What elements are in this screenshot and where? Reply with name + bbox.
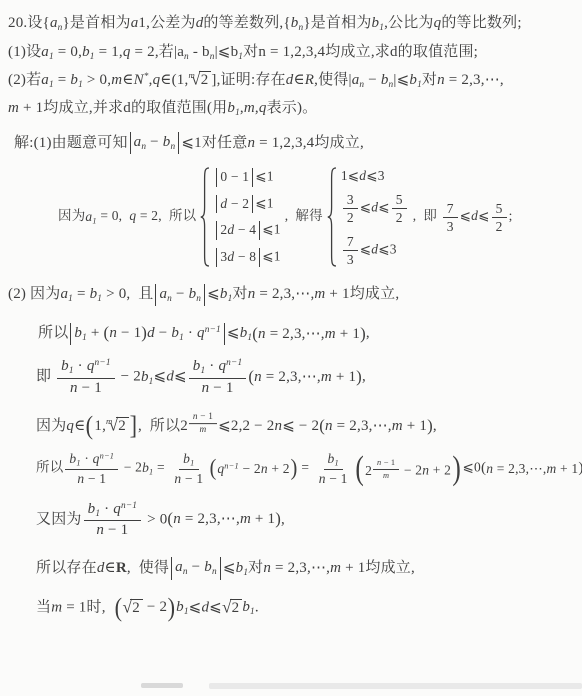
math-text: = 2,3,⋯,: [445, 72, 504, 88]
close-paren: ): [453, 452, 462, 486]
math-text: 2: [118, 418, 126, 434]
math-text: ⩽: [360, 200, 372, 215]
math-text: , 使得: [127, 560, 169, 576]
math-term: an: [134, 134, 147, 150]
cases-row: 32⩽d⩽52: [341, 192, 409, 225]
math-fraction: b1n − 1: [315, 451, 352, 486]
math-text: ⩽1: [262, 249, 280, 264]
math-text: m: [392, 418, 403, 434]
math-text: |⩽: [393, 72, 409, 88]
math-text: 3: [447, 219, 454, 234]
math-text: + 1: [403, 418, 427, 434]
math-text: + 1: [556, 461, 578, 476]
math-text: a: [41, 72, 49, 88]
paren-body: 2n − 1m − 2n + 2: [365, 457, 451, 481]
math-text: 0 − 1: [220, 169, 249, 184]
fraction-denominator: 2: [392, 209, 407, 225]
math-text: b: [409, 72, 417, 88]
math-text: (2) 因为: [8, 286, 60, 302]
math-text: − 1: [198, 412, 213, 422]
math-text: =: [298, 460, 313, 475]
math-text: m: [244, 100, 255, 116]
math-text: m: [330, 560, 341, 576]
math-text: ,使得|: [314, 72, 352, 88]
math-term: bn: [381, 72, 394, 88]
math-text: b: [381, 72, 389, 88]
fraction-numerator: b1 · qn−1: [84, 501, 142, 521]
math-fraction: 73: [343, 234, 358, 267]
math-term: bn: [189, 286, 202, 302]
solution-part-2-premise: (2) 因为a1 = b1 > 0, 且an − bn⩽b1对n = 2,3,⋯…: [8, 283, 574, 307]
math-text: m: [314, 286, 325, 302]
math-text: q: [66, 418, 74, 434]
math-text: 5: [396, 192, 403, 207]
math-text: =: [153, 460, 168, 475]
cases-system: 0 − 1⩽1d − 2⩽12d − 4⩽13d − 8⩽1: [200, 167, 280, 267]
math-text: m: [51, 599, 62, 615]
math-text: − 2: [239, 461, 261, 476]
math-text: n: [109, 325, 117, 341]
math-solution-document: 20.设{an}是首相为a1,公差为d的等差数列,{bn}是首相为b1,公比为q…: [0, 0, 582, 621]
close-paren: ): [168, 595, 176, 621]
parenthesized-group: (qn−1 − 2n + 2): [209, 457, 297, 481]
math-term: b1: [372, 15, 385, 31]
subscript: n: [212, 567, 217, 577]
math-text: 对n = 1,2,3,4均成立,求d的取值范围;: [243, 44, 478, 60]
math-text: b: [176, 599, 184, 615]
fraction-denominator: n − 1: [92, 521, 132, 539]
math-text: ⩽0: [463, 460, 481, 475]
fraction-denominator: 3: [343, 251, 358, 267]
math-term: b1: [171, 325, 184, 341]
math-text: 解:(1)由题意可知: [14, 135, 128, 151]
math-text: a: [159, 286, 167, 302]
math-term: b1: [74, 325, 87, 341]
math-text: = 2,3,⋯,: [493, 461, 546, 476]
math-text: > 0,: [83, 72, 111, 88]
fraction-numerator: b1: [324, 451, 343, 470]
math-text: −: [172, 286, 189, 302]
radical-degree: m: [106, 415, 112, 428]
math-text: 2: [496, 219, 503, 234]
solution-part-2-step-1: 所以b1 + (n − 1)d − b1 · qn−1⩽b1(n = 2,3,⋯…: [8, 322, 574, 346]
math-text: − 2: [117, 369, 141, 385]
math-text: b: [141, 369, 149, 385]
absolute-value-group: b1 + (n − 1)d − b1 · qn−1: [70, 323, 225, 346]
math-text: = 1,2,3,4均成立,: [255, 135, 364, 151]
subscript: 1: [334, 459, 338, 468]
math-text: − 2: [400, 463, 422, 478]
math-text: b: [142, 460, 149, 475]
scan-artifact-bars: [0, 683, 582, 691]
math-text: b: [204, 559, 212, 575]
superscript: n−1: [226, 358, 242, 368]
math-text: n: [247, 135, 255, 151]
math-text: (1)设: [8, 44, 41, 60]
math-text: 2: [396, 210, 403, 225]
math-text: b: [242, 599, 250, 615]
paren-body: n = 2,3,⋯,m + 1: [173, 508, 275, 531]
math-text: a: [41, 44, 49, 60]
open-paren: (: [114, 595, 122, 621]
math-text: ⩽1: [255, 168, 273, 183]
math-text: − 1: [84, 471, 106, 486]
math-text: ⩽1对任意: [181, 135, 247, 151]
math-text: > 0: [143, 511, 167, 527]
math-term: qn−1: [217, 461, 239, 476]
math-term: an: [50, 15, 63, 31]
open-paren: (: [210, 457, 217, 481]
math-text: = 1时,: [62, 599, 113, 615]
math-term: bn: [204, 559, 217, 575]
paren-body: n = 2,3,⋯,m + 1: [258, 323, 360, 346]
parenthesized-group: (n = 2,3,⋯,m + 1): [248, 366, 362, 389]
math-text: m: [240, 511, 251, 527]
paren-body: n − 1: [109, 324, 141, 343]
math-text: = 0,: [54, 44, 82, 60]
math-text: − 1: [209, 380, 233, 396]
math-text: + 1: [336, 326, 360, 342]
math-text: − 1: [326, 471, 348, 486]
math-text: 对: [232, 286, 247, 302]
parenthesized-group: (n = 2,3,⋯,m + 1): [481, 459, 582, 479]
math-text: 1,: [94, 418, 106, 434]
fraction-denominator: n − 1: [198, 379, 238, 397]
parenthesized-group: (√2 − 2): [114, 595, 177, 621]
math-text: ⩽: [478, 209, 490, 224]
math-text: n: [325, 418, 333, 434]
math-text: b: [74, 325, 82, 341]
math-text: m: [546, 461, 556, 476]
math-text: ·: [184, 325, 197, 341]
math-text: ⩽: [174, 369, 187, 385]
math-text: ⩽3: [378, 241, 396, 256]
scan-artifact-bar: [141, 683, 183, 688]
fraction-numerator: b1: [179, 451, 198, 470]
math-text: ⩽3: [366, 168, 384, 183]
math-text: |⩽: [215, 44, 231, 60]
math-term: bn: [163, 134, 176, 150]
math-term: an: [177, 44, 189, 60]
math-text: ⩽: [189, 599, 202, 615]
absolute-value-group: an − bn: [155, 284, 205, 307]
math-text: 的等比数列;: [441, 15, 521, 31]
math-text: ⩽: [209, 599, 222, 615]
math-term: b1: [227, 100, 240, 116]
math-text: d: [147, 325, 155, 341]
math-text: , 解得: [285, 209, 323, 224]
math-text: + 2: [429, 463, 451, 478]
math-text: ⩽ − 2: [282, 418, 319, 434]
math-fraction: 32: [343, 192, 358, 225]
math-text: ·: [74, 358, 87, 374]
math-term: b1: [220, 286, 233, 302]
solution-part-2-step-3: 因为q∈(1,m√2], 所以2n − 1m⩽2,2 − 2n⩽ − 2(n =…: [8, 411, 574, 440]
math-text: ⩽: [227, 325, 240, 341]
math-text: b: [193, 358, 201, 374]
math-text: ∈: [74, 418, 85, 434]
math-text: n: [254, 369, 262, 385]
math-text: b: [227, 100, 235, 116]
math-term: an: [159, 286, 172, 302]
math-text: R: [305, 72, 314, 88]
math-fraction: b1 · qn−1n − 1: [57, 358, 115, 396]
math-text: 2: [365, 463, 372, 478]
math-text: 的等差数列,{: [203, 15, 290, 31]
math-radical: √2: [123, 597, 143, 620]
left-brace-icon: [200, 167, 210, 267]
math-text: ,: [366, 325, 370, 341]
fraction-denominator: 2: [492, 218, 507, 234]
math-term: qn−1: [93, 451, 115, 466]
problem-part-2-line-1: (2)若a1 = b1 > 0,m∈N*,q∈(1,m√2],证明:存在d∈R,…: [8, 69, 574, 93]
math-term: b1: [82, 44, 95, 60]
solution-part-2-step-2: 即 b1 · qn−1n − 1 − 2b1⩽d⩽b1 · qn−1n − 1(…: [8, 358, 574, 396]
math-text: + 1: [251, 511, 275, 527]
math-term: bn: [291, 15, 304, 31]
math-text: = 2,3,⋯,: [181, 511, 240, 527]
math-text: n: [70, 380, 78, 396]
math-text: a: [60, 286, 68, 302]
math-text: 所以: [38, 325, 68, 341]
math-text: b: [163, 134, 171, 150]
math-text: n: [173, 511, 181, 527]
math-text: ⩽: [378, 200, 390, 215]
math-text: 20.设{: [8, 15, 50, 31]
scan-artifact-bar: [209, 683, 582, 689]
math-term: b1: [328, 451, 339, 466]
math-text: = 2,3,⋯,: [271, 560, 330, 576]
math-radical: √2: [222, 597, 242, 620]
absolute-value-group: d − 2: [216, 195, 253, 214]
fraction-denominator: 2: [343, 209, 358, 225]
math-term: b1: [240, 325, 253, 341]
math-text: m: [8, 100, 19, 116]
math-text: ⩽: [223, 560, 236, 576]
math-text: 2: [347, 210, 354, 225]
math-text: 2: [180, 418, 188, 434]
math-text: 对: [248, 560, 263, 576]
math-text: ;: [509, 209, 513, 224]
math-text: = 2,3,⋯,: [262, 369, 321, 385]
math-text: > 0, 且: [102, 286, 153, 302]
fraction-denominator: m: [379, 470, 393, 480]
close-paren: ): [578, 461, 582, 476]
math-text: 因为: [58, 209, 85, 224]
math-text: = 2,3,⋯,: [255, 286, 314, 302]
absolute-value-group: an − bn: [130, 132, 180, 155]
math-text: 2: [232, 600, 240, 616]
absolute-value-group: 0 − 1: [216, 168, 253, 187]
math-text: b: [202, 44, 210, 60]
radical-degree: m: [188, 69, 194, 82]
fraction-denominator: n − 1: [73, 470, 110, 486]
fraction-numerator: b1 · qn−1: [57, 358, 115, 378]
math-text: = 2,若|: [131, 44, 178, 60]
math-text: n: [319, 471, 326, 486]
math-fraction: 73: [443, 201, 458, 234]
math-term: b1: [236, 560, 249, 576]
math-term: 2n − 1m: [365, 463, 400, 478]
math-text: 即: [36, 369, 55, 385]
subscript: 1: [190, 459, 194, 468]
fraction-numerator: 3: [343, 192, 358, 209]
math-text: = 1,: [95, 44, 123, 60]
math-text: }是首相为: [63, 15, 131, 31]
paren-body: n = 2,3,⋯,m + 1: [325, 415, 427, 438]
solution-part-1-systems: 因为a1 = 0, q = 2, 所以0 − 1⩽1d − 2⩽12d − 4⩽…: [8, 167, 574, 267]
math-term: qn−1: [197, 325, 221, 341]
math-text: d: [97, 560, 105, 576]
math-text: 表示)。: [267, 100, 318, 116]
math-fraction: n − 1m: [373, 458, 399, 480]
math-text: , 即: [413, 209, 441, 224]
fraction-numerator: b1 · qn−1: [189, 358, 247, 378]
solution-part-1-intro: 解:(1)由题意可知an − bn⩽1对任意n = 1,2,3,4均成立,: [8, 132, 574, 155]
superscript: n−1: [95, 358, 111, 368]
math-text: ,: [433, 418, 437, 434]
math-text: − 8: [234, 249, 256, 264]
fraction-numerator: n − 1: [373, 458, 399, 469]
math-term: bn: [202, 44, 215, 60]
parenthesized-group: (2n − 1m − 2n + 2): [354, 452, 463, 486]
math-text: ·: [205, 358, 218, 374]
solution-part-2-conclusion: 所以存在d∈R, 使得an − bn⩽b1对n = 2,3,⋯,m + 1均成立…: [8, 557, 574, 581]
math-text: − 1: [381, 458, 395, 467]
absolute-value-group: 3d − 8: [216, 248, 260, 267]
math-text: b: [220, 286, 228, 302]
math-text: − 2: [227, 196, 249, 211]
paren-body: qn−1 − 2n + 2: [217, 459, 289, 479]
cases-rows: 1⩽d⩽332⩽d⩽5273⩽d⩽3: [337, 168, 409, 267]
math-text: 1,公差为: [138, 15, 195, 31]
fraction-denominator: n − 1: [170, 470, 207, 486]
problem-part-1: (1)设a1 = 0,b1 = 1,q = 2,若|an - bn|⩽b1对n …: [8, 41, 574, 65]
superscript: n − 1m: [372, 463, 400, 472]
math-text: + 1均成立,: [325, 286, 399, 302]
left-brace-icon: [327, 167, 337, 267]
math-text: − 1: [104, 522, 128, 538]
solution-part-2-step-5: 又因为b1 · qn−1n − 1 > 0(n = 2,3,⋯,m + 1),: [8, 501, 574, 539]
math-text: ⩽: [360, 241, 372, 256]
math-text: 5: [496, 201, 503, 216]
parenthesized-group: (1,m√2]: [85, 413, 138, 439]
math-text: ,公比为: [384, 15, 434, 31]
math-term: b1: [141, 369, 154, 385]
superscript: n−1: [224, 461, 239, 470]
math-term: a1: [41, 44, 54, 60]
math-text: 所以存在: [36, 560, 97, 576]
math-text: + 1均成立,并求d的取值范围(用: [19, 100, 227, 116]
paren-body: √2 − 2: [123, 596, 168, 619]
math-text: ∈(1,: [160, 72, 188, 88]
math-text: q: [113, 501, 121, 517]
math-radical: m√2: [106, 415, 129, 438]
math-text: ⩽: [460, 209, 472, 224]
math-text: q: [123, 44, 131, 60]
absolute-value-group: an − bn: [171, 557, 221, 580]
math-text: m: [383, 471, 389, 480]
problem-part-2-line-2: m + 1均成立,并求d的取值范围(用b1,m,q表示)。: [8, 97, 574, 121]
math-text: ∈: [105, 560, 116, 576]
math-text: 1⩽: [341, 168, 359, 183]
math-text: −: [146, 134, 163, 150]
math-term: qn−1: [218, 358, 242, 374]
paren-body: n = 2,3,⋯,m + 1: [254, 366, 356, 389]
open-paren: (: [86, 413, 94, 439]
math-text: 7: [347, 234, 354, 249]
math-text: + 2: [268, 461, 290, 476]
math-text: n: [261, 461, 268, 476]
fraction-denominator: n − 1: [66, 379, 106, 397]
math-text: 2: [132, 600, 140, 616]
math-fraction: n − 1m: [189, 412, 217, 436]
math-text: 当: [36, 599, 51, 615]
math-text: −: [188, 559, 205, 575]
math-text: ⩽: [154, 369, 167, 385]
math-text: n: [437, 72, 445, 88]
math-text: =: [73, 286, 90, 302]
superscript: n−1: [205, 325, 221, 335]
math-term: b1: [142, 460, 153, 475]
math-term: b1: [61, 358, 74, 374]
math-text: − 1: [78, 380, 102, 396]
absolute-value-group: 2d − 4: [216, 221, 260, 240]
math-text: 对: [422, 72, 437, 88]
math-text: ,: [362, 369, 366, 385]
math-fraction: b1 · qn−1n − 1: [84, 501, 142, 539]
parenthesized-group: (n = 2,3,⋯,m + 1): [167, 508, 281, 531]
math-text: =: [54, 72, 71, 88]
math-text: , 所以: [138, 418, 180, 434]
math-text: b: [82, 44, 90, 60]
close-paren: ): [290, 457, 297, 481]
math-text: d: [166, 369, 174, 385]
page-background: { "page": { "background": "#fbfbfa", "in…: [0, 0, 582, 696]
math-term: b1: [231, 44, 244, 60]
math-term: b1: [70, 72, 83, 88]
math-text: − 2: [120, 460, 142, 475]
math-term: qn−1: [87, 358, 111, 374]
math-text: N: [134, 72, 144, 88]
parenthesized-group: (n = 2,3,⋯,m + 1): [252, 323, 366, 346]
math-text: 所以: [36, 460, 63, 475]
math-fraction: 52: [492, 201, 507, 234]
math-term: an: [175, 559, 188, 575]
math-text: }是首相为: [303, 15, 371, 31]
fraction-numerator: 7: [443, 201, 458, 218]
fraction-denominator: m: [196, 424, 211, 435]
math-text: 3: [347, 192, 354, 207]
math-text: = 2, 所以: [136, 209, 196, 224]
fraction-denominator: n − 1: [315, 470, 352, 486]
math-text: a: [175, 559, 183, 575]
math-term: b1: [183, 451, 194, 466]
math-fraction: b1n − 1: [170, 451, 207, 486]
cases-row: 73⩽d⩽3: [341, 234, 409, 267]
math-text: = 2,3,⋯,: [266, 326, 325, 342]
close-paren: ]: [130, 413, 138, 439]
math-text: q: [259, 100, 267, 116]
math-term: b1: [176, 599, 189, 615]
fraction-numerator: 5: [492, 201, 507, 218]
math-term: b1: [90, 286, 103, 302]
math-fraction: b1 · qn−1n − 1: [189, 358, 247, 396]
problem-statement-line-1: 20.设{an}是首相为a1,公差为d的等差数列,{bn}是首相为b1,公比为q…: [8, 12, 574, 36]
math-fraction: 52: [392, 192, 407, 225]
math-text: R: [116, 560, 127, 576]
math-term: b1: [88, 501, 101, 517]
